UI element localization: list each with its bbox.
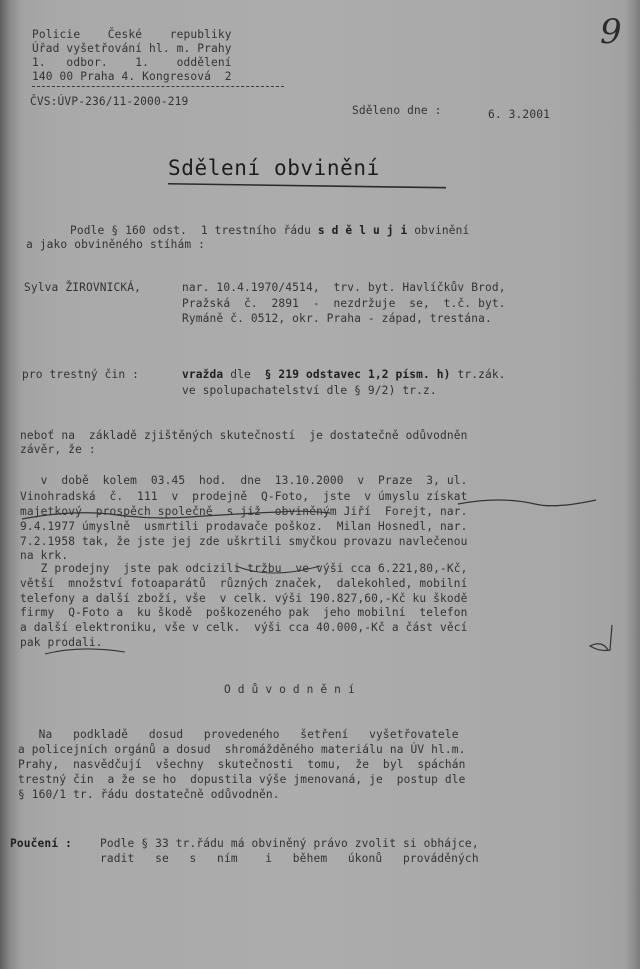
underline-squiggle — [458, 500, 596, 506]
scanned-document-page: 9 Policie České republiky Úřad vyšetřová… — [0, 0, 640, 969]
handwritten-annotations — [0, 0, 640, 969]
